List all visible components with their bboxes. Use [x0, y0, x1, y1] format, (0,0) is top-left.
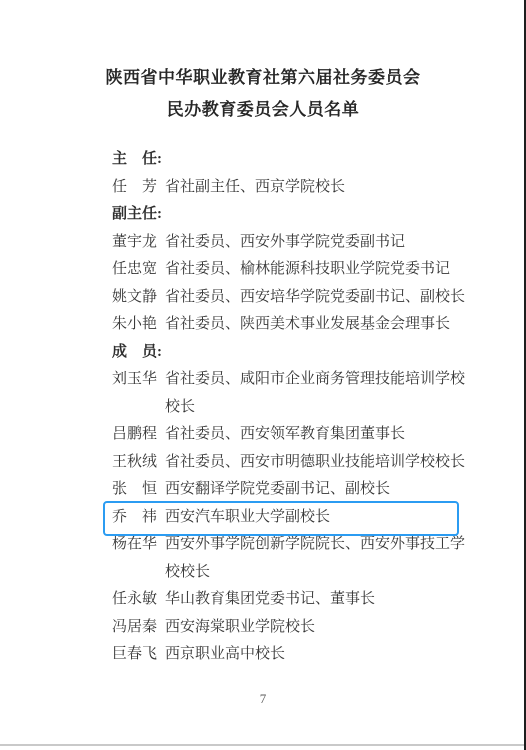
roster-row-selected[interactable]: 乔 祎 西安汽车职业大学副校长: [112, 504, 478, 532]
roster-list: 主 任: 任 芳 省社副主任、西京学院校长 副主任: 董宇龙 省社委员、西安外事…: [112, 146, 478, 669]
member-name: 巨春飞: [112, 641, 165, 669]
member-name: 杨在华: [112, 531, 165, 559]
roster-row: 任忠宽 省社委员、榆林能源科技职业学院党委书记: [112, 256, 478, 284]
member-role: 省社委员、咸阳市企业商务管理技能培训学校校长: [165, 366, 470, 421]
roster-row: 董宇龙 省社委员、西安外事学院党委副书记: [112, 229, 478, 257]
member-name: 刘玉华: [112, 366, 165, 394]
title-line-1: 陕西省中华职业教育社第六届社务委员会: [0, 62, 526, 94]
member-name: 王秋绒: [112, 449, 165, 477]
document-title: 陕西省中华职业教育社第六届社务委员会 民办教育委员会人员名单: [0, 62, 526, 126]
member-role: 省社委员、榆林能源科技职业学院党委书记: [165, 256, 470, 284]
member-role: 省社委员、西安领军教育集团董事长: [165, 421, 470, 449]
roster-row: 张 恒 西安翻译学院党委副书记、副校长: [112, 476, 478, 504]
roster-row: 杨在华 西安外事学院创新学院院长、西安外事技工学校校长: [112, 531, 478, 586]
member-name: 朱小艳: [112, 311, 165, 339]
title-line-2: 民办教育委员会人员名单: [0, 94, 526, 126]
member-name: 任永敏: [112, 586, 165, 614]
member-name: 张 恒: [112, 476, 165, 504]
roster-row: 吕鹏程 省社委员、西安领军教育集团董事长: [112, 421, 478, 449]
section-label-members: 成 员:: [112, 339, 478, 367]
roster-row-director: 任 芳 省社副主任、西京学院校长: [112, 174, 478, 202]
member-role: 省社委员、陕西美术事业发展基金会理事长: [165, 311, 470, 339]
page-number: 7: [0, 691, 526, 707]
member-role: 西安外事学院创新学院院长、西安外事技工学校校长: [165, 531, 470, 586]
member-name: 乔 祎: [112, 504, 165, 532]
roster-row: 巨春飞 西京职业高中校长: [112, 641, 478, 669]
member-role: 省社委员、西安市明德职业技能培训学校校长: [165, 449, 470, 477]
roster-row: 任永敏 华山教育集团党委书记、董事长: [112, 586, 478, 614]
member-name: 吕鹏程: [112, 421, 165, 449]
roster-row: 冯居秦 西安海棠职业学院校长: [112, 614, 478, 642]
member-name: 任 芳: [112, 174, 165, 202]
roster-row: 姚文静 省社委员、西安培华学院党委副书记、副校长: [112, 284, 478, 312]
member-role: 省社委员、西安外事学院党委副书记: [165, 229, 470, 257]
member-role: 省社委员、西安培华学院党委副书记、副校长: [165, 284, 470, 312]
roster-row: 刘玉华 省社委员、咸阳市企业商务管理技能培训学校校长: [112, 366, 478, 421]
section-label-deputy: 副主任:: [112, 201, 478, 229]
member-role: 西京职业高中校长: [165, 641, 470, 669]
page-bottom-edge: [0, 744, 526, 746]
member-role: 华山教育集团党委书记、董事长: [165, 586, 470, 614]
member-role: 省社副主任、西京学院校长: [165, 174, 470, 202]
roster-row: 王秋绒 省社委员、西安市明德职业技能培训学校校长: [112, 449, 478, 477]
member-name: 董宇龙: [112, 229, 165, 257]
member-role: 西安汽车职业大学副校长: [165, 504, 470, 532]
roster-row: 朱小艳 省社委员、陕西美术事业发展基金会理事长: [112, 311, 478, 339]
member-name: 姚文静: [112, 284, 165, 312]
member-name: 冯居秦: [112, 614, 165, 642]
section-label-director: 主 任:: [112, 146, 478, 174]
member-role: 西安翻译学院党委副书记、副校长: [165, 476, 470, 504]
member-role: 西安海棠职业学院校长: [165, 614, 470, 642]
document-page: 陕西省中华职业教育社第六届社务委员会 民办教育委员会人员名单 主 任: 任 芳 …: [0, 0, 526, 750]
member-name: 任忠宽: [112, 256, 165, 284]
